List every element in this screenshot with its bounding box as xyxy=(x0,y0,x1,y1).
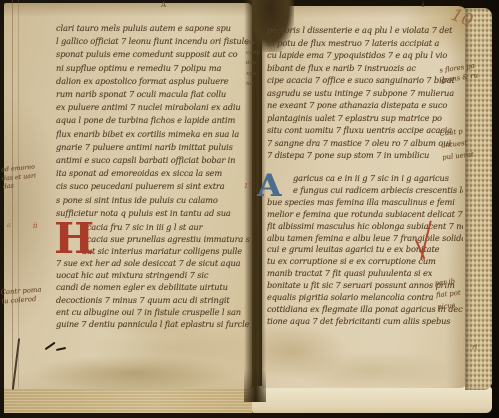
text-line: dea xyxy=(246,58,264,68)
fore-edge-mark: ri xyxy=(472,343,477,351)
text-line: melior e femina que rotunda subiacent de… xyxy=(267,209,463,221)
right-top-mark: i xyxy=(422,1,424,9)
text-line: ne exeant 7 pone athanazia distepata e s… xyxy=(267,99,463,112)
text-line: situ cont uomitu 7 fluxu uentris accipe … xyxy=(267,124,463,137)
text-line: bonitate u fit sic 7 seruari possunt ann… xyxy=(267,280,463,292)
page-crease xyxy=(18,0,19,388)
gutter-margin-notes: plucadudeaxpune xyxy=(246,38,264,89)
text-line: dalion ex apostolico format asplus pulue… xyxy=(56,75,250,88)
text-line: asgrudu se ustu intinge 7 subpone 7 muli… xyxy=(267,87,463,100)
text-line: albu tamen femina e albu leue 7 frangibi… xyxy=(267,233,463,245)
text-line: tione aqua 7 det febricitanti cum aliis … xyxy=(267,316,463,328)
left-page-bottom-edge xyxy=(4,388,252,413)
text-line: acacia sue prunellas agrestiu immatura s… xyxy=(82,233,250,245)
red-margin-flourish xyxy=(417,220,433,264)
quire-mark: A xyxy=(161,1,166,9)
right-margin-note-picus: per ibfiat potpicus xyxy=(434,275,462,313)
text-line: s pone si sint intus ide puluis cu calam… xyxy=(56,194,250,207)
left-margin-note-hemorrhoids: ad emoreodas et uaridas xyxy=(1,164,37,192)
text-line: picus xyxy=(437,299,463,314)
text-line: 7 sangne dra 7 mastice 7 oleu ro 7 album… xyxy=(267,137,463,150)
text-line: ent cu albugine oui 7 in fistule cruspel… xyxy=(56,306,250,318)
text-line: gnarie 7 puluere antimi narib imittat pu… xyxy=(56,141,250,154)
text-line: bue species mas femina illa masculinus e… xyxy=(267,197,463,209)
text-line: garicus ca e in ii g 7 sic in i g agaric… xyxy=(293,173,463,185)
text-line: aqua l pone de turbina fichos e lapide a… xyxy=(56,114,250,127)
under-page-flap xyxy=(252,386,492,413)
text-line: antimi e suco capsli barbati officiat bo… xyxy=(56,154,250,167)
text-line: cu lapide ema 7 ypoquistidos 7 e aq plu … xyxy=(267,49,463,62)
left-chapter-rubric: ii xyxy=(33,222,37,230)
text-line: plu xyxy=(246,38,264,48)
blue-initial-a: A xyxy=(257,171,281,201)
text-line: 7 distepa 7 pone sup stom 7 in umbilicu xyxy=(267,149,463,162)
text-line: candi de nomen egler ex debilitate uirtu… xyxy=(56,281,250,293)
text-line: plantaginis ualet 7 eplastru sup matrice… xyxy=(267,112,463,125)
text-line: pectoris l dissenterie e aq plu l e viol… xyxy=(267,24,463,37)
text-line: decoctionis 7 minus 7 quum acu di string… xyxy=(56,294,250,306)
left-margin-paragraph-mark: a xyxy=(7,221,11,229)
text-line: clari tauro mels puluis autem e sapone s… xyxy=(56,22,250,35)
right-margin-note-caut: Caut puntuestpul uerat xyxy=(439,124,474,163)
text-line: flux enarib bibet ex cortilis mimeka en … xyxy=(56,128,250,141)
left-margin-note-contra: Contr pomatu colerod xyxy=(0,286,42,307)
text-line: ex puluere antimi 7 nuclei mirabolani ex… xyxy=(56,101,250,114)
right-page-section-text: garicus ca e in ii g 7 sic in i g agaric… xyxy=(267,173,463,328)
text-line: cipe acacia 7 office e suco sanguinario … xyxy=(267,74,463,87)
text-line: l gallico officiat 7 leonu fiunt incendu… xyxy=(56,35,250,48)
text-line: cui e grumi leuitas agarici tu e ex boni… xyxy=(267,244,463,256)
text-line: xpu xyxy=(246,69,264,79)
right-chapter-rubric: 17 xyxy=(244,182,252,190)
left-page-main-text: clari tauro mels puluis autem e sapone s… xyxy=(56,22,250,220)
text-line: in potu de flux mestruo 7 lateris accipi… xyxy=(267,37,463,50)
text-line: guine 7 dentiu pannicula l fiat eplastru… xyxy=(56,318,250,330)
text-line: equalis pigritia solario melancolia cont… xyxy=(267,292,463,304)
text-line: aut sic interius mariatur colligens pull… xyxy=(82,245,250,257)
text-line: cis suco peucedani puluerem si sint extr… xyxy=(56,180,250,193)
text-line: sponat puluis eme comedunt supposit aut … xyxy=(56,48,250,61)
manuscript-photo: A clari tauro mels puluis autem e sapone… xyxy=(0,0,499,418)
text-line: e fungus cui radicem arbiecis crescentis… xyxy=(293,185,463,197)
right-page-main-text: pectoris l dissenterie e aq plu l e viol… xyxy=(267,24,463,162)
text-line: acacia fru 7 sic in iii g l st aur xyxy=(82,221,250,233)
text-line: cadu xyxy=(246,48,264,58)
text-line: bibant de flux e narib 7 instruozis ac xyxy=(267,62,463,75)
text-line: uocat hic aut mixtura stringendi 7 sic xyxy=(56,269,250,281)
text-line: ita sponat ad emoreoidas ex sicca la sem xyxy=(56,167,250,180)
text-line: fit albissimi masculus hic oblonga subia… xyxy=(267,221,463,233)
text-line: cottidiana ex flegmate illa ponat agaric… xyxy=(267,304,463,316)
text-line: ni supflue optimu e remediu 7 polipu ma xyxy=(56,62,250,75)
red-initial-h: H xyxy=(54,219,94,259)
text-line: tu ex corruptione si e ex corruptione cu… xyxy=(267,256,463,268)
text-line: rum narib sponat 7 oculi macula fiat col… xyxy=(56,88,250,101)
page-crease xyxy=(12,0,13,388)
text-line: ne xyxy=(246,79,264,89)
